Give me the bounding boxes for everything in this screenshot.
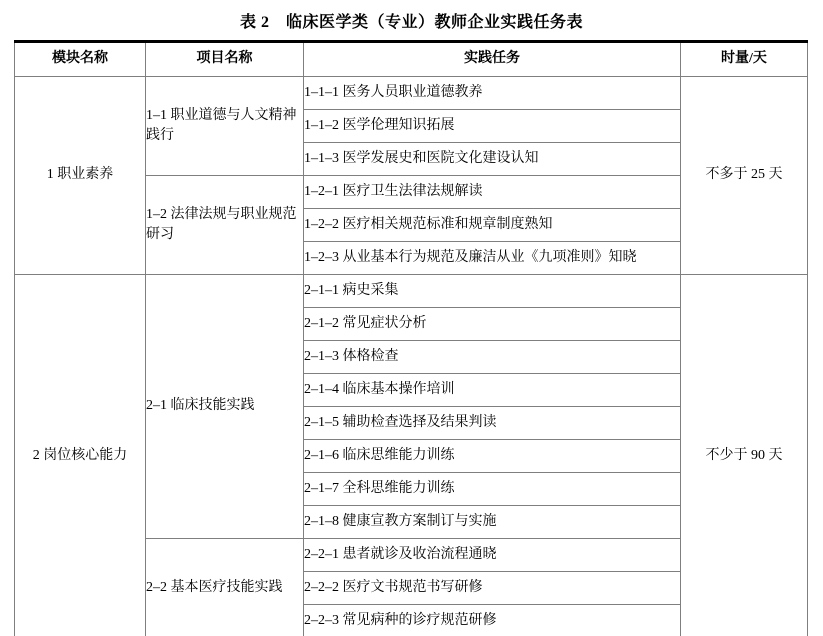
project-cell: 2–1 临床技能实践	[146, 275, 304, 539]
col-header-project: 项目名称	[146, 42, 304, 77]
project-cell: 1–2 法律法规与职业规范研习	[146, 176, 304, 275]
task-cell: 1–1–3 医学发展史和医院文化建设认知	[304, 143, 681, 176]
task-cell: 2–1–1 病史采集	[304, 275, 681, 308]
task-cell: 2–2–2 医疗文书规范书写研修	[304, 572, 681, 605]
task-cell: 2–1–2 常见症状分析	[304, 308, 681, 341]
col-header-duration: 时量/天	[681, 42, 808, 77]
task-cell: 1–2–1 医疗卫生法律法规解读	[304, 176, 681, 209]
col-header-module: 模块名称	[15, 42, 146, 77]
module-cell: 1 职业素养	[15, 77, 146, 275]
duration-cell: 不少于 90 天	[681, 275, 808, 636]
project-cell: 1–1 职业道德与人文精神践行	[146, 77, 304, 176]
task-cell: 2–1–4 临床基本操作培训	[304, 374, 681, 407]
task-cell: 1–1–1 医务人员职业道德教养	[304, 77, 681, 110]
task-cell: 2–1–7 全科思维能力训练	[304, 473, 681, 506]
task-cell: 1–2–2 医疗相关规范标准和规章制度熟知	[304, 209, 681, 242]
task-cell: 1–1–2 医学伦理知识拓展	[304, 110, 681, 143]
task-cell: 2–2–1 患者就诊及收治流程通晓	[304, 539, 681, 572]
task-cell: 2–1–5 辅助检查选择及结果判读	[304, 407, 681, 440]
project-cell: 2–2 基本医疗技能实践	[146, 539, 304, 636]
col-header-task: 实践任务	[304, 42, 681, 77]
task-cell: 2–1–3 体格检查	[304, 341, 681, 374]
header-row: 模块名称 项目名称 实践任务 时量/天	[15, 42, 808, 77]
table-row: 1 职业素养 1–1 职业道德与人文精神践行 1–1–1 医务人员职业道德教养 …	[15, 77, 808, 110]
task-cell: 2–2–3 常见病种的诊疗规范研修	[304, 605, 681, 636]
table-row: 2 岗位核心能力 2–1 临床技能实践 2–1–1 病史采集 不少于 90 天	[15, 275, 808, 308]
document-page: 表 2 临床医学类（专业）教师企业实践任务表 模块名称 项目名称 实践任务 时量…	[0, 0, 823, 636]
task-cell: 2–1–6 临床思维能力训练	[304, 440, 681, 473]
duration-cell: 不多于 25 天	[681, 77, 808, 275]
module-cell: 2 岗位核心能力	[15, 275, 146, 636]
task-cell: 2–1–8 健康宣教方案制订与实施	[304, 506, 681, 539]
task-cell: 1–2–3 从业基本行为规范及廉洁从业《九项准则》知晓	[304, 242, 681, 275]
practice-task-table: 模块名称 项目名称 实践任务 时量/天 1 职业素养 1–1 职业道德与人文精神…	[14, 40, 808, 636]
table-caption: 表 2 临床医学类（专业）教师企业实践任务表	[0, 9, 823, 32]
